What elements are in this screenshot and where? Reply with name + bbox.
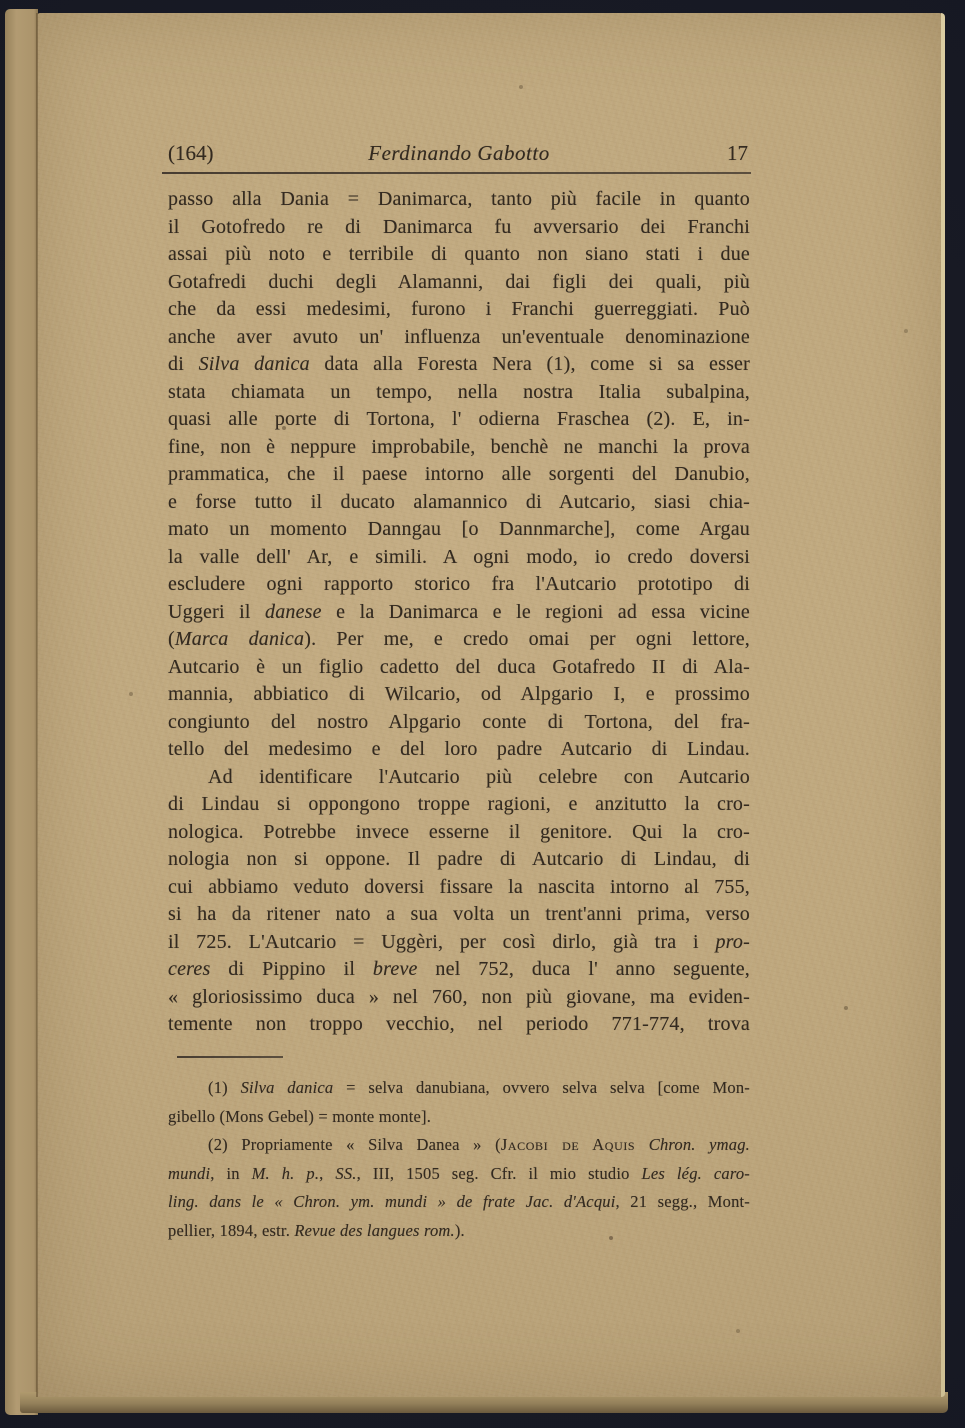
footnote-rule	[177, 1056, 283, 1058]
body-text: passo alla Dania = Danimarca, tanto più …	[168, 186, 750, 1039]
footnote-line: ling. dans le « Chron. ym. mundi » de fr…	[168, 1188, 750, 1217]
header-page-number: 17	[727, 141, 748, 166]
footnote-line: mundi, in M. h. p., SS., III, 1505 seg. …	[168, 1160, 750, 1189]
body-line: la valle dell' Ar, e simili. A ogni modo…	[168, 544, 750, 572]
footnote-line: pellier, 1894, estr. Revue des langues r…	[168, 1217, 750, 1246]
body-line: tello del medesimo e del loro padre Autc…	[168, 736, 750, 764]
paper-specks	[0, 0, 2, 2]
paper-right-edge	[941, 13, 945, 1397]
body-line: il 725. L'Autcario = Uggèri, per così di…	[168, 929, 750, 957]
footnotes-text: (1) Silva danica = selva danubiana, ovve…	[168, 1074, 750, 1245]
body-line: il Gotofredo re di Danimarca fu avversar…	[168, 214, 750, 242]
previous-page-edge	[5, 9, 38, 1415]
body-line: mato un momento Danngau [o Dannmarche], …	[168, 516, 750, 544]
body-line: e forse tutto il ducato alamannico di Au…	[168, 489, 750, 517]
footnote-line: gibello (Mons Gebel) = monte monte].	[168, 1103, 750, 1132]
body-line: temente non troppo vecchio, nel periodo …	[168, 1011, 750, 1039]
body-line: stata chiamata un tempo, nella nostra It…	[168, 379, 750, 407]
body-line: di Lindau si oppongono troppe ragioni, e…	[168, 791, 750, 819]
header-rule	[162, 172, 751, 174]
body-line: Uggeri il danese e la Danimarca e le reg…	[168, 599, 750, 627]
body-line: ceres di Pippino il breve nel 752, duca …	[168, 956, 750, 984]
scanned-page-photo: (164) Ferdinando Gabotto 17 passo alla D…	[0, 0, 965, 1428]
body-line: nologica. Potrebbe invece esserne il gen…	[168, 819, 750, 847]
body-line: si ha da ritener nato a sua volta un tre…	[168, 901, 750, 929]
body-line: di Silva danica data alla Foresta Nera (…	[168, 351, 750, 379]
body-line: anche aver avuto un' influenza un'eventu…	[168, 324, 750, 352]
body-line: Gotafredi duchi degli Alamanni, dai figl…	[168, 269, 750, 297]
body-line: nologia non si oppone. Il padre di Autca…	[168, 846, 750, 874]
footnote-line: (2) Propriamente « Silva Danea » (Jacobi…	[168, 1131, 750, 1160]
body-line: assai più noto e terribile di quanto non…	[168, 241, 750, 269]
body-line: Ad identificare l'Autcario più celebre c…	[168, 764, 750, 792]
body-line: (Marca danica). Per me, e credo omai per…	[168, 626, 750, 654]
body-line: fine, non è neppure improbabile, benchè …	[168, 434, 750, 462]
footnote-line: (1) Silva danica = selva danubiana, ovve…	[168, 1074, 750, 1103]
body-line: « gloriosissimo duca » nel 760, non più …	[168, 984, 750, 1012]
body-line: congiunto del nostro Alpgario conte di T…	[168, 709, 750, 737]
header-page-ref: (164)	[168, 141, 214, 166]
body-line: passo alla Dania = Danimarca, tanto più …	[168, 186, 750, 214]
body-line: cui abbiamo veduto doversi fissare la na…	[168, 874, 750, 902]
body-line: quasi alle porte di Tortona, l' odierna …	[168, 406, 750, 434]
header-running-title: Ferdinando Gabotto	[368, 141, 549, 166]
body-line: mannia, abbiatico di Wilcario, od Alpgar…	[168, 681, 750, 709]
left-crease	[36, 13, 38, 1397]
page-header: (164) Ferdinando Gabotto 17	[168, 141, 750, 171]
body-line: Autcario è un figlio cadetto del duca Go…	[168, 654, 750, 682]
body-line: che da essi medesimi, furono i Franchi g…	[168, 296, 750, 324]
body-line: prammatica, che il paese intorno alle so…	[168, 461, 750, 489]
body-line: escludere ogni rapporto storico fra l'Au…	[168, 571, 750, 599]
